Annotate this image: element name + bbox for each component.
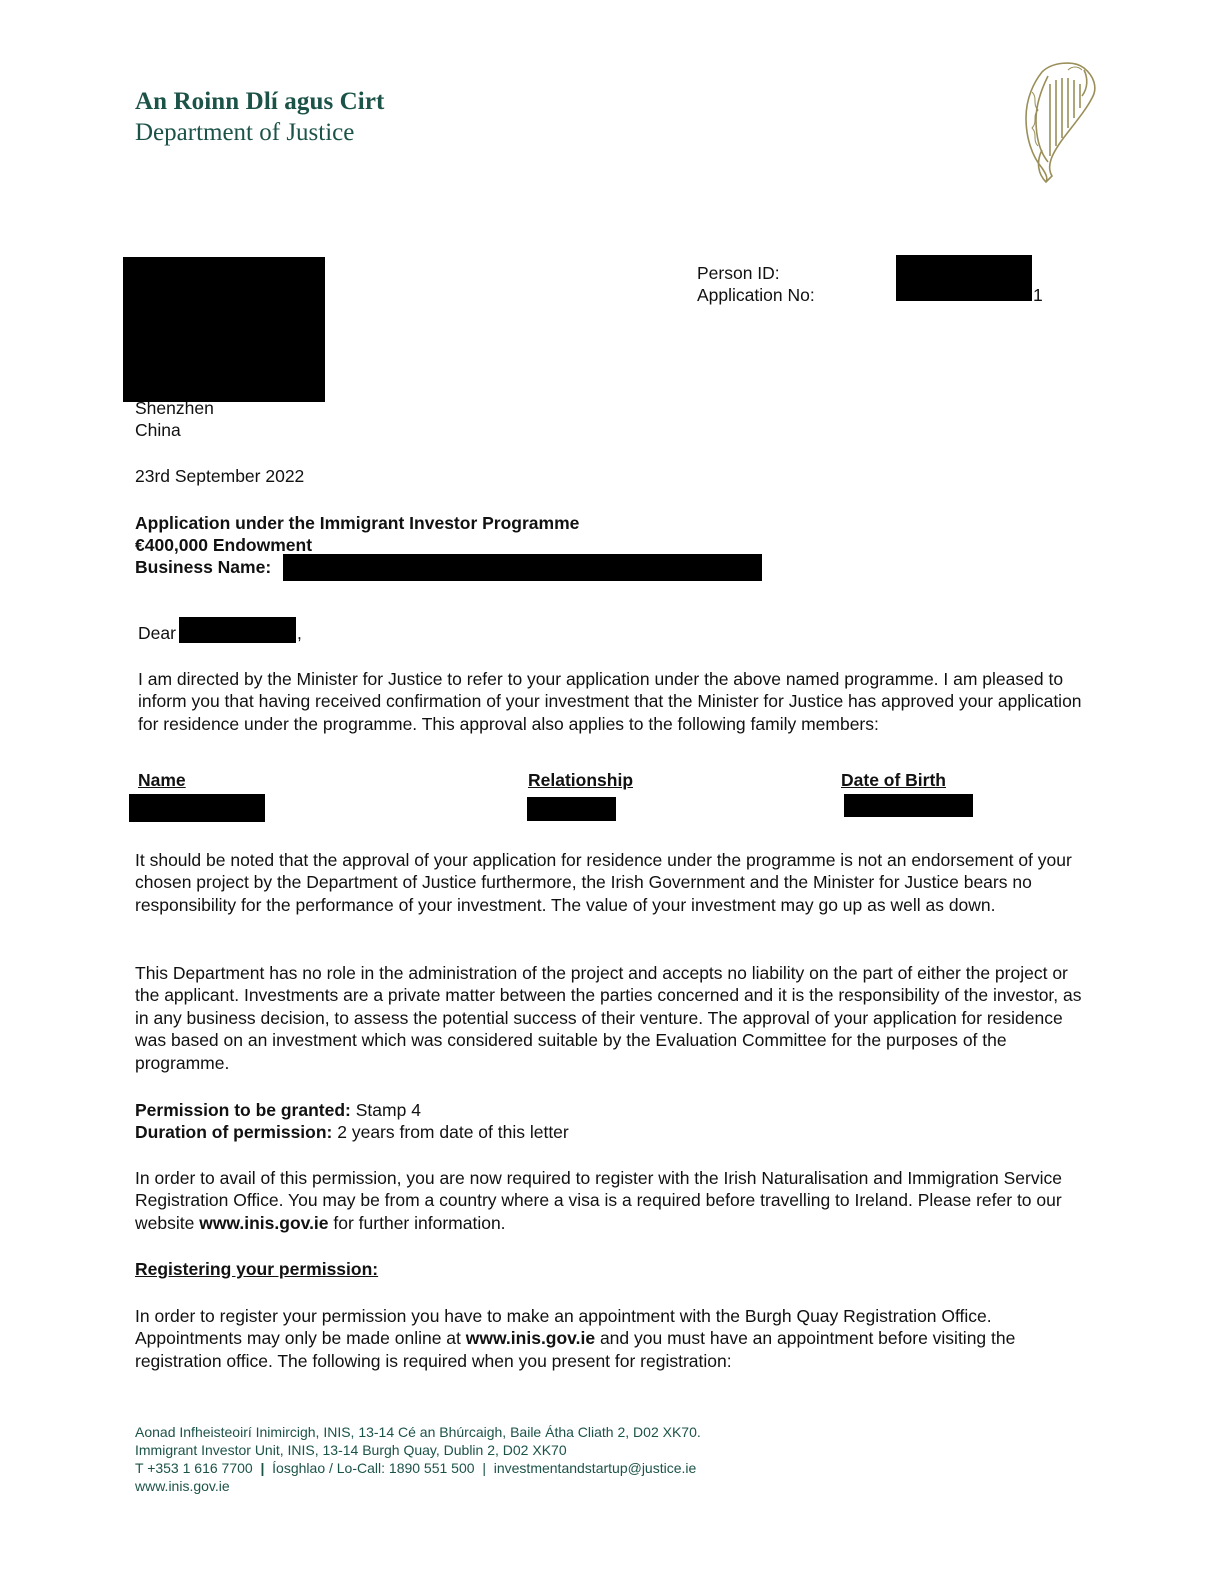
application-no-label: Application No: [697,284,815,306]
redacted-business-name [283,554,762,581]
department-name-english: Department of Justice [135,119,354,147]
registration-text-end: for further information. [329,1213,506,1233]
harp-icon [1012,58,1102,186]
footer-address-irish: Aonad Infheisteoirí Inimircigh, INIS, 13… [135,1423,701,1442]
footer-email[interactable]: investmentandstartup@justice.ie [494,1460,697,1476]
redacted-family-dob [844,794,973,817]
redacted-addressee-name [179,617,296,643]
body-paragraph-approval: I am directed by the Minister for Justic… [138,668,1083,735]
body-paragraph-liability: This Department has no role in the admin… [135,962,1090,1074]
footer-address-english: Immigrant Investor Unit, INIS, 13-14 Bur… [135,1441,567,1460]
address-country: China [135,419,181,441]
footer-locall: Íosghlao / Lo-Call: 1890 551 500 [272,1460,474,1476]
body-paragraph-disclaimer: It should be noted that the approval of … [135,849,1085,916]
duration-label: Duration of permission: [135,1122,332,1142]
permission-label: Permission to be granted: [135,1100,351,1120]
application-no-suffix: 1 [1033,284,1043,306]
footer-separator: | [482,1460,486,1476]
footer-phone: T +353 1 616 7700 [135,1460,253,1476]
salutation-prefix: Dear [138,622,176,644]
redacted-family-name [129,794,265,822]
department-name-irish: An Roinn Dlí agus Cirt [135,88,384,116]
salutation-suffix: , [297,622,302,644]
letter-date: 23rd September 2022 [135,465,304,487]
redacted-family-relationship [527,797,616,821]
body-paragraph-appointment: In order to register your permission you… [135,1305,1090,1372]
subject-line-1: Application under the Immigrant Investor… [135,512,579,534]
body-paragraph-registration: In order to avail of this permission, yo… [135,1167,1110,1234]
section-heading-registering: Registering your permission: [135,1258,378,1280]
footer-website[interactable]: www.inis.gov.ie [135,1477,230,1496]
permission-granted-line: Permission to be granted: Stamp 4 [135,1099,421,1121]
footer-contact-line: T +353 1 616 7700 | Íosghlao / Lo-Call: … [135,1459,696,1478]
redacted-reference-values [896,255,1032,301]
duration-value: 2 years from date of this letter [337,1122,569,1142]
permission-value: Stamp 4 [356,1100,421,1120]
table-header-relationship: Relationship [528,769,633,791]
website-link[interactable]: www.inis.gov.ie [199,1213,328,1233]
person-id-label: Person ID: [697,262,780,284]
website-link-appointments[interactable]: www.inis.gov.ie [466,1328,595,1348]
redacted-address [123,257,325,402]
table-header-date-of-birth: Date of Birth [841,769,946,791]
table-header-name: Name [138,769,186,791]
footer-separator: | [260,1460,264,1476]
business-name-label: Business Name: [135,556,271,578]
permission-duration-line: Duration of permission: 2 years from dat… [135,1121,569,1143]
